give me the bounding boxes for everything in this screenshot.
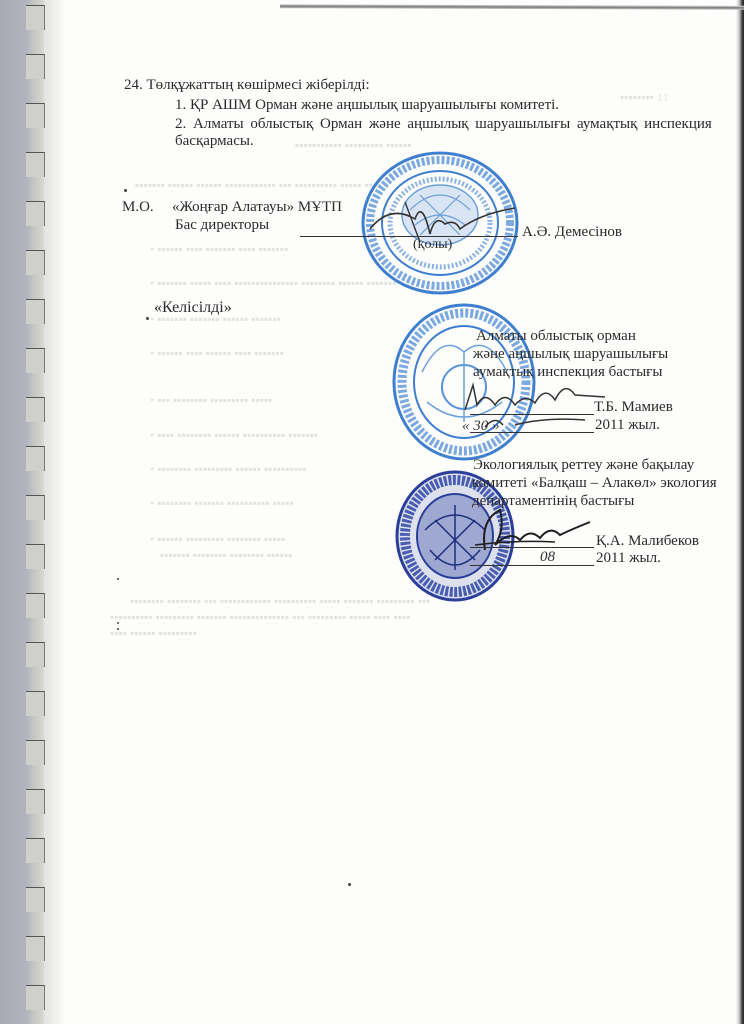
binder-comb-tooth	[26, 985, 45, 1010]
speck	[117, 622, 119, 624]
binder-comb-tooth	[26, 103, 45, 128]
bleed-through-text: • ▪▪▪▪▪▪▪▪ ▪▪▪▪▪▪▪▪▪ ▪▪▪▪▪▪ ▪▪▪▪▪▪▪▪▪▪	[150, 462, 307, 477]
signatory2-title-line2: комитеті «Балқаш – Алакөл» экология	[472, 475, 717, 492]
bleed-through-text: • ▪▪▪▪▪▪ ▪▪▪▪▪▪▪▪▪ ▪▪▪▪▪▪▪▪ ▪▪▪▪▪	[150, 532, 285, 547]
binder-comb-tooth	[26, 348, 45, 373]
binder-comb-tooth	[26, 54, 45, 79]
binder-comb-tooth	[26, 740, 45, 765]
binder-comb-tooth	[26, 152, 45, 177]
signatory2-date-year: 2011 жыл.	[596, 550, 661, 567]
binder-comb-tooth	[26, 5, 45, 30]
speck	[117, 578, 119, 580]
speck	[124, 189, 127, 192]
copies-item-1: 1. ҚР АШМ Орман және аңшылық шаруашылығы…	[175, 97, 559, 114]
binder-comb-tooth	[26, 642, 45, 667]
agreed-heading: «Келісілді»	[154, 299, 232, 316]
speck	[348, 883, 351, 886]
signatory1-date-year: 2011 жыл.	[595, 417, 660, 434]
binder-comb-tooth	[26, 887, 45, 912]
signature-line	[470, 414, 594, 415]
copies-heading: 24. Төлқұжаттың көшірмесі жіберілді:	[124, 77, 370, 94]
bleed-through-text: ▪▪▪▪▪▪▪▪▪▪ ▪▪▪▪▪▪▪▪▪ ▪▪▪▪▪▪▪ ▪▪▪▪▪▪▪▪▪▪▪…	[110, 610, 411, 625]
bleed-through-text: ▪▪▪▪▪▪▪▪ 11	[620, 90, 669, 105]
scan-top-edge	[280, 4, 744, 10]
signatory1-title-line1: Алматы облыстық орман	[476, 328, 636, 345]
bleed-through-text: ▪▪▪▪▪▪▪ ▪▪▪▪▪▪ ▪▪▪▪▪▪ ▪▪▪▪▪▪▪▪▪▪▪▪ ▪▪▪ ▪…	[135, 178, 381, 193]
binder-comb-tooth	[26, 201, 45, 226]
binder-comb-tooth	[26, 495, 45, 520]
binder-comb-tooth	[26, 299, 45, 324]
signatory2-date-month: 08	[540, 549, 555, 566]
bleed-through-text: • ▪▪▪▪ ▪▪▪▪▪▪▪▪ ▪▪▪▪▪▪ ▪▪▪▪▪▪▪▪▪▪ ▪▪▪▪▪▪…	[150, 428, 318, 443]
bleed-through-text: • ▪▪▪▪▪▪ ▪▪▪▪ ▪▪▪▪▪▪▪ ▪▪▪▪ ▪▪▪▪▪▪▪	[150, 242, 288, 257]
bleed-through-text: ▪▪▪▪ ▪▪▪▪▪▪ ▪▪▪▪▪▪▪▪▪	[110, 626, 197, 641]
binder-comb-tooth	[26, 789, 45, 814]
bleed-through-text: ▪▪▪▪▪▪▪ ▪▪▪▪▪▪▪▪ ▪▪▪▪▪▪▪▪ ▪▪▪▪▪▪	[160, 548, 292, 563]
signatory1-title-line2: және аңшылық шаруашылығы	[473, 346, 668, 363]
signature-caption: (қолы)	[413, 236, 452, 253]
seal-place-label: М.О.	[122, 199, 154, 216]
binder-comb-tooth	[26, 838, 45, 863]
page-edge-shadow	[736, 0, 744, 1024]
signature-malibekov	[455, 500, 595, 560]
bleed-through-text: • ▪▪▪ ▪▪▪▪▪▪▪▪ ▪▪▪▪▪▪▪▪▪ ▪▪▪▪▪	[150, 393, 273, 408]
binder-comb-tooth	[26, 593, 45, 618]
binder-comb-tooth	[26, 544, 45, 569]
signatory2-name: Қ.А. Малибеков	[596, 533, 699, 550]
signatory1-name: Т.Б. Мамиев	[594, 399, 673, 416]
date-line	[470, 565, 594, 566]
approval-organization: «Жоңғар Алатауы» МҰТП	[172, 199, 342, 216]
approval-name: А.Ә. Демесінов	[522, 224, 622, 241]
date-line	[470, 432, 594, 433]
signature-line	[470, 547, 594, 548]
bleed-through-text: • ▪▪▪▪▪▪ ▪▪▪▪ ▪▪▪▪▪▪ ▪▪▪▪ ▪▪▪▪▪▪▪	[150, 346, 284, 361]
binder-comb-tooth	[26, 691, 45, 716]
copies-item-2-cont: басқармасы.	[175, 133, 254, 150]
bleed-through-text: • ▪▪▪▪▪▪▪▪ ▪▪▪▪▪▪▪ ▪▪▪▪▪▪▪▪▪▪ ▪▪▪▪▪	[150, 496, 294, 511]
signatory2-title-line1: Экологиялық реттеу және бақылау	[473, 457, 694, 474]
approval-position: Бас директоры	[175, 217, 269, 234]
bleed-through-text: ▪▪▪▪▪▪▪▪ ▪▪▪▪▪▪▪▪ ▪▪▪ ▪▪▪▪▪▪▪▪▪▪▪▪ ▪▪▪▪▪…	[130, 594, 431, 609]
copies-item-2: 2. Алматы облыстық Орман және аңшылық ша…	[175, 116, 712, 133]
binder-comb-tooth	[26, 397, 45, 422]
binder-comb-tooth	[26, 446, 45, 471]
speck	[146, 317, 149, 320]
binder-comb-tooth	[26, 250, 45, 275]
binder-comb-tooth	[26, 936, 45, 961]
speck	[117, 628, 119, 630]
